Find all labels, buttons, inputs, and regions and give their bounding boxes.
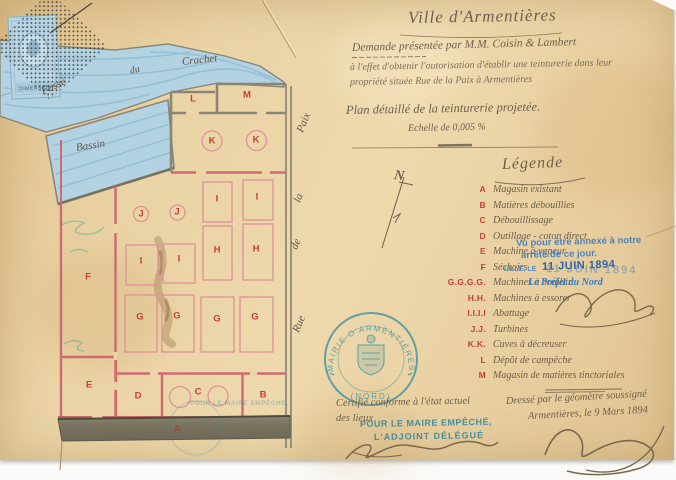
legend-row: BMatières débouillies <box>440 200 625 216</box>
legend-key: J.J. <box>440 324 486 334</box>
north-arrow <box>382 177 413 248</box>
certification-line-1: Certifié conforme à l'état actuel <box>336 396 470 409</box>
surveyor-signature <box>545 430 653 475</box>
legend-key: E <box>440 246 486 256</box>
room-letter-F: F <box>85 272 91 283</box>
room-letter-I: I <box>140 256 143 267</box>
legend-key: F <box>440 262 486 272</box>
legend-row: CDébouillissage <box>440 215 625 231</box>
document-title: Ville d'Armentières <box>408 5 557 28</box>
room-letter-K: K <box>209 136 216 147</box>
legend-row: H.H.Machines à essorer <box>440 293 625 309</box>
legend-label: Magasin existant <box>493 184 562 195</box>
mayor-stamp-faint-impression: POUR LE MAIRE EMPÊCHÉ, <box>190 400 288 407</box>
pencil-scribbles <box>60 221 104 351</box>
legend-label: Cuves à décreuser <box>493 339 567 350</box>
mairie-stamp-arms <box>358 335 384 375</box>
legend-key: I.I.I.I <box>440 308 486 318</box>
legend-row: K.K.Cuves à décreuser <box>440 339 625 355</box>
scanned-document: DIMENSION MAIRIE D'ARMENTIÈRES (NORD) <box>0 0 676 480</box>
legend-row: MMagasin de matières tinctoriales <box>440 370 625 386</box>
prefecture-place-label: LILLE, LE <box>504 266 536 273</box>
legend-key: D <box>440 231 486 241</box>
room-letter-B: B <box>260 390 267 401</box>
room-letter-A: A <box>174 424 181 435</box>
legend-label: Dépôt de campêche <box>493 355 572 366</box>
room-letter-G: G <box>136 312 143 323</box>
room-letter-G: G <box>213 314 220 325</box>
room-letter-H: H <box>253 244 260 255</box>
legend-row: I.I.I.IAbattage <box>440 308 625 324</box>
room-letter-C: C <box>195 387 202 398</box>
legend-label: Machines à essorer <box>493 293 571 304</box>
plan-scale: Echelle de 0,005 % <box>408 122 486 134</box>
mayor-stamp-line-2: L'ADJOINT DÉLÉGUÉ <box>374 430 484 442</box>
room-letter-G: G <box>173 311 180 322</box>
legend-row: AMagasin existant <box>440 184 625 200</box>
legend-key: G.G.G.G. <box>440 277 486 287</box>
room-letter-M: M <box>243 90 251 101</box>
legend-row: J.J.Turbines <box>440 324 625 340</box>
legend-label: Débouillissage <box>493 215 553 226</box>
legend-label: Matières débouillies <box>493 200 575 211</box>
prefecture-official: Le Préfet du Nord <box>528 277 603 288</box>
legend-row: LDépôt de campêche <box>440 355 625 371</box>
room-letter-K: K <box>253 135 260 146</box>
legend-key: L <box>440 355 486 365</box>
room-letter-I: I <box>256 192 259 203</box>
legend-title: Légende <box>502 154 564 174</box>
legend-label: Magasin de matières tinctoriales <box>493 370 625 381</box>
legend-key: M <box>440 370 486 380</box>
legend-label: Turbines <box>493 324 528 335</box>
legend-key: B <box>440 200 486 210</box>
prefecture-date-stamp-overprint: 11 JUIN 1894 <box>546 263 637 277</box>
gray-walls <box>171 84 286 172</box>
room-letter-J: J <box>138 209 143 220</box>
room-letter-L: L <box>190 94 196 105</box>
room-letter-H: H <box>214 245 221 256</box>
street-boundary <box>286 84 291 448</box>
legend-key: C <box>440 215 486 225</box>
legend-key: H.H. <box>440 293 486 303</box>
room-letter-D: D <box>135 391 142 402</box>
room-letter-I: I <box>216 194 219 205</box>
legend-key: A <box>440 184 486 194</box>
room-letter-E: E <box>86 380 92 391</box>
room-letter-J: J <box>174 207 179 218</box>
room-letter-G: G <box>251 312 258 323</box>
room-letter-I: I <box>178 254 181 265</box>
legend-key: K.K. <box>440 339 486 349</box>
legend-label: Abattage <box>493 308 529 319</box>
mairie-round-stamp: MAIRIE D'ARMENTIÈRES (NORD) <box>325 313 417 405</box>
